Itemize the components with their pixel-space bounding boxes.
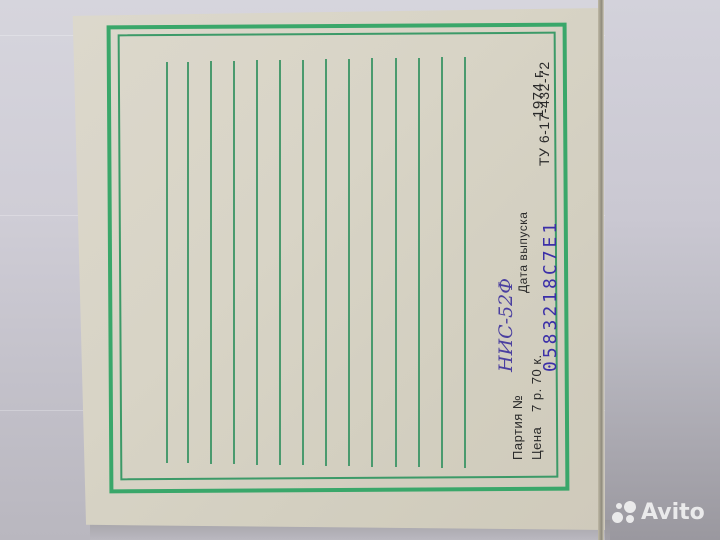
ruled-line — [302, 60, 304, 466]
date-label-text: Дата выпуска — [516, 212, 530, 293]
stamped-serial: 0583218С7Е1 — [540, 220, 561, 372]
avito-logo-icon — [612, 501, 638, 525]
price-label-text: Цена — [529, 427, 544, 460]
box-side-edge — [598, 0, 604, 540]
handwritten-batch-number: НИС-52Ф — [495, 278, 517, 372]
tu-code-text: ТУ 6-17-432-72 — [536, 61, 552, 166]
inner-green-frame — [118, 32, 559, 481]
ruled-line — [441, 57, 443, 468]
ruled-line — [210, 61, 212, 464]
ruled-line — [187, 62, 189, 464]
ruled-line — [256, 60, 258, 464]
ruled-line — [325, 59, 327, 466]
ruled-line — [279, 60, 281, 465]
ruled-line — [371, 58, 373, 466]
ruled-line — [395, 58, 397, 467]
avito-watermark: Avito — [612, 500, 705, 525]
background-cloth — [605, 0, 720, 540]
ruled-line — [348, 59, 350, 466]
batch-label-text: Партия № — [510, 395, 525, 460]
ruled-line — [418, 58, 420, 468]
ruled-line — [166, 62, 168, 463]
ruled-line — [464, 57, 466, 468]
ruled-line — [233, 61, 235, 464]
avito-brand-text: Avito — [641, 500, 705, 525]
